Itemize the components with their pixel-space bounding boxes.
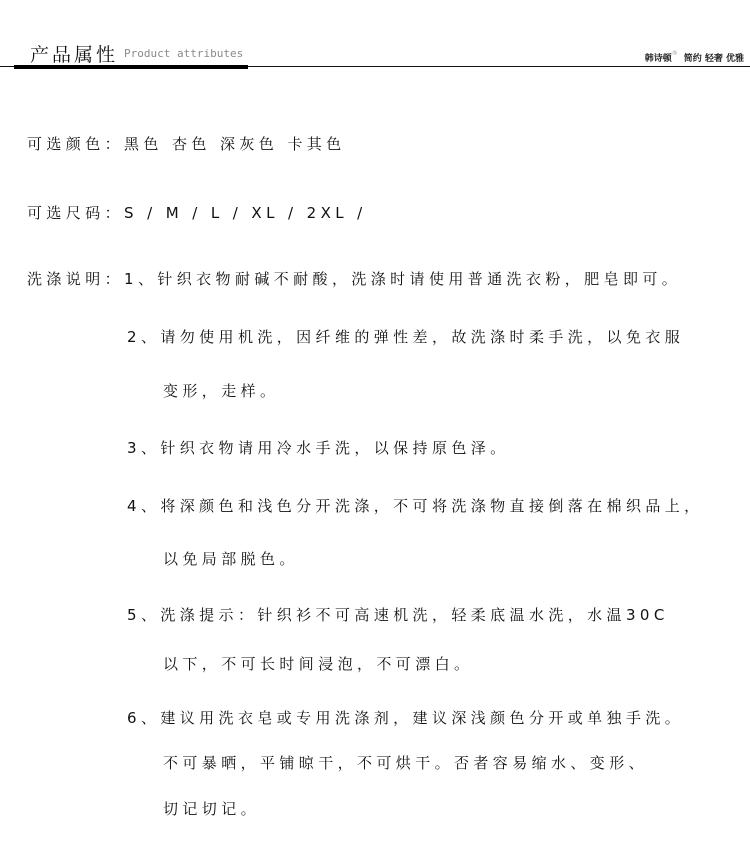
- sizes-label: 可选尺码：: [27, 202, 124, 223]
- washing-line: 3、针织衣物请用冷水手洗，以保持原色泽。: [127, 437, 510, 458]
- washing-line: 不可暴晒，平铺晾干，不可烘干。否者容易缩水、变形、: [163, 752, 648, 773]
- section-title: 产品属性: [30, 40, 118, 67]
- sizes-row: 可选尺码：S / M / L / XL / 2XL /: [27, 202, 367, 223]
- washing-line: 1、针织衣物耐碱不耐酸，洗涤时请使用普通洗衣粉，肥皂即可。: [124, 270, 681, 288]
- brand-name: 韩诗顿: [645, 54, 672, 64]
- colors-row: 可选颜色：黑色 杏色 深灰色 卡其色: [27, 133, 346, 154]
- header-accent-bar: [14, 65, 248, 69]
- washing-line: 4、将深颜色和浅色分开洗涤，不可将洗涤物直接倒落在棉织品上，: [127, 495, 704, 516]
- colors-label: 可选颜色：: [27, 133, 124, 154]
- washing-line: 变形，走样。: [163, 380, 279, 401]
- washing-label: 洗涤说明：: [27, 268, 124, 289]
- registered-mark-icon: ®: [672, 50, 678, 57]
- brand-tagline: 韩诗顿®简约 轻奢 优雅: [645, 50, 744, 64]
- washing-line: 以免局部脱色。: [163, 548, 299, 569]
- section-subtitle: Product attributes: [124, 47, 243, 60]
- washing-line: 5、洗涤提示：针织衫不可高速机洗，轻柔底温水洗，水温30C: [127, 604, 669, 625]
- washing-line: 以下，不可长时间浸泡，不可漂白。: [163, 653, 473, 674]
- washing-line: 6、建议用洗衣皂或专用洗涤剂，建议深浅颜色分开或单独手洗。: [127, 707, 684, 728]
- colors-value: 黑色 杏色 深灰色 卡其色: [124, 135, 346, 153]
- washing-row: 洗涤说明：1、针织衣物耐碱不耐酸，洗涤时请使用普通洗衣粉，肥皂即可。: [27, 268, 681, 289]
- section-header: 产品属性 Product attributes 韩诗顿®简约 轻奢 优雅: [0, 0, 750, 72]
- washing-line: 切记切记。: [163, 798, 260, 819]
- brand-slogan: 简约 轻奢 优雅: [684, 54, 744, 64]
- sizes-value: S / M / L / XL / 2XL /: [124, 204, 367, 222]
- washing-line: 2、请勿使用机洗，因纤维的弹性差，故洗涤时柔手洗，以免衣服: [127, 326, 684, 347]
